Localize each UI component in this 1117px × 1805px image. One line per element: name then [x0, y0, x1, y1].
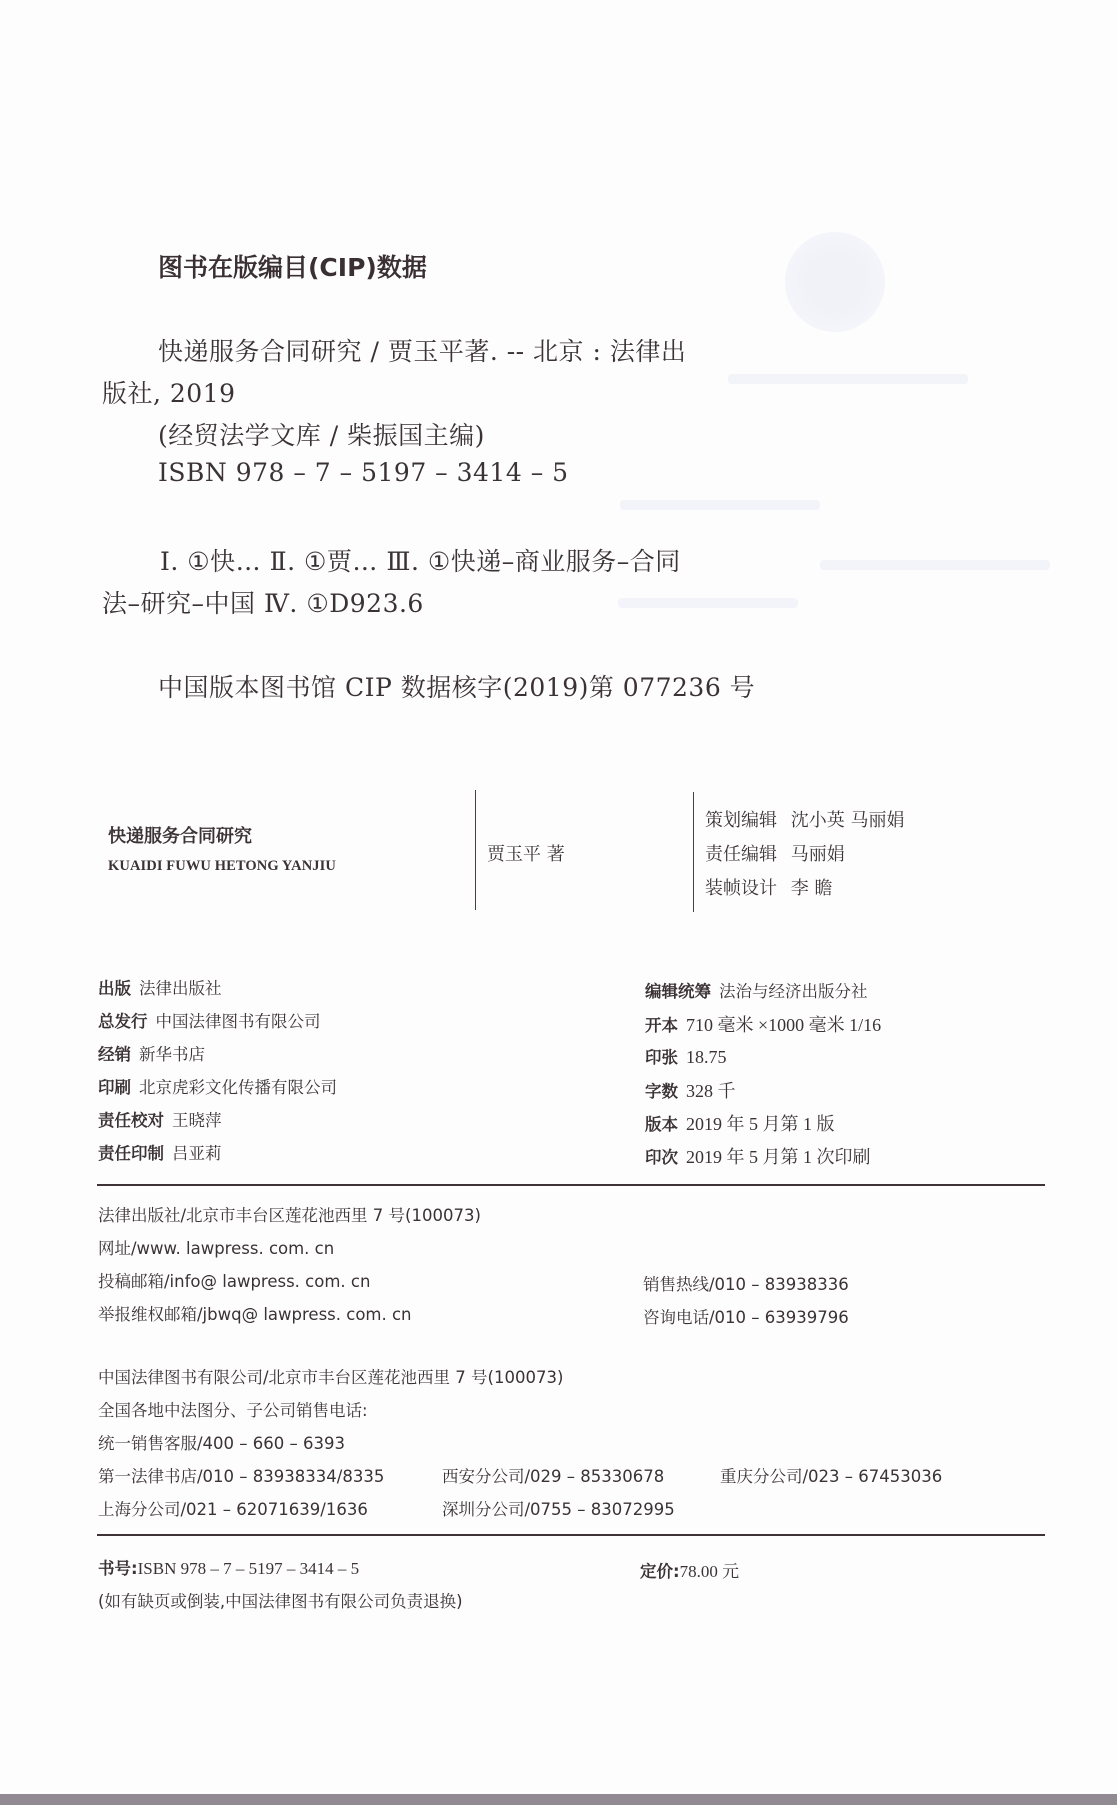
- return-notice: (如有缺页或倒装,中国法律图书有限公司负责退换): [98, 1588, 463, 1612]
- credit-label: 责任编辑: [705, 844, 777, 865]
- cip-series-line: (经贸法学文库 / 柴振国主编): [158, 416, 485, 452]
- bleed-through-text: [728, 374, 968, 384]
- publisher-address: 法律出版社/北京市丰台区莲花池西里 7 号(100073): [98, 1202, 481, 1226]
- credit-planning-editor: 策划编辑 沈小英 马丽娟: [705, 806, 904, 832]
- book-title-chinese: 快递服务合同研究: [108, 822, 252, 848]
- book-title-pinyin: KUAIDI FUWU HETONG YANJIU: [108, 858, 336, 875]
- branch-phone: 西安分公司/029 – 85330678: [442, 1463, 664, 1487]
- info-general-distributor: 总发行中国法律图书有限公司: [98, 1008, 321, 1032]
- credit-value: 马丽娟: [791, 844, 845, 865]
- info-printer: 印刷北京虎彩文化传播有限公司: [98, 1074, 337, 1098]
- bleed-through-text: [820, 560, 1050, 570]
- book-number: 书号:ISBN 978 – 7 – 5197 – 3414 – 5: [98, 1555, 359, 1579]
- branch-phone: 第一法律书店/010 – 83938334/8335: [98, 1463, 384, 1487]
- branches-heading: 全国各地中法图分、子公司销售电话:: [98, 1397, 368, 1421]
- report-email[interactable]: 举报维权邮箱/jbwq@ lawpress. com. cn: [98, 1301, 412, 1325]
- cip-heading: 图书在版编目(CIP)数据: [158, 248, 427, 284]
- bleed-through-text: [618, 598, 798, 608]
- cip-classification-line: Ⅰ. ①快… Ⅱ. ①贾… Ⅲ. ①快递–商业服务–合同: [160, 542, 681, 578]
- branch-phone: 深圳分公司/0755 – 83072995: [442, 1496, 675, 1520]
- cip-classification-line-2: 法–研究–中国 Ⅳ. ①D923.6: [102, 584, 424, 620]
- credit-value: 沈小英 马丽娟: [791, 810, 905, 831]
- cip-title-line: 快递服务合同研究 / 贾玉平著. -- 北京 : 法律出: [158, 332, 686, 368]
- info-proofreader: 责任校对王晓萍: [98, 1107, 222, 1131]
- horizontal-rule: [97, 1184, 1045, 1186]
- credit-responsible-editor: 责任编辑 马丽娟: [705, 840, 845, 866]
- publisher-website[interactable]: 网址/www. lawpress. com. cn: [98, 1235, 334, 1259]
- info-format: 开本710 毫米 ×1000 毫米 1/16: [645, 1011, 881, 1037]
- branch-phone: 重庆分公司/023 – 67453036: [720, 1463, 942, 1487]
- credit-value: 李 瞻: [791, 878, 833, 899]
- info-edition: 版本2019 年 5 月第 1 版: [645, 1110, 835, 1136]
- distributor-address: 中国法律图书有限公司/北京市丰台区莲花池西里 7 号(100073): [98, 1364, 563, 1388]
- bleed-through-text: [620, 500, 820, 510]
- credit-binding-design: 装帧设计 李 瞻: [705, 874, 832, 900]
- cip-verification-line: 中国版本图书馆 CIP 数据核字(2019)第 077236 号: [158, 668, 755, 704]
- info-retailer: 经销新华书店: [98, 1041, 205, 1065]
- branch-phone: 上海分公司/021 – 62071639/1636: [98, 1496, 368, 1520]
- author: 贾玉平 著: [487, 840, 565, 866]
- submission-email[interactable]: 投稿邮箱/info@ lawpress. com. cn: [98, 1268, 370, 1292]
- customer-service-phone: 统一销售客服/400 – 660 – 6393: [98, 1430, 345, 1454]
- credit-label: 策划编辑: [705, 810, 777, 831]
- info-printed-sheets: 印张18.75: [645, 1044, 727, 1068]
- inquiry-phone: 咨询电话/010 – 63939796: [643, 1304, 849, 1328]
- info-word-count: 字数328 千: [645, 1077, 736, 1103]
- info-editorial-coordination: 编辑统筹法治与经济出版分社: [645, 978, 868, 1002]
- price: 定价:78.00 元: [640, 1557, 739, 1582]
- info-publisher: 出版法律出版社: [98, 975, 222, 999]
- cip-isbn-line: ISBN 978 – 7 – 5197 – 3414 – 5: [158, 458, 569, 487]
- credit-label: 装帧设计: [705, 878, 777, 899]
- cip-publisher-line: 版社, 2019: [102, 374, 236, 410]
- divider-vertical: [475, 790, 476, 910]
- bleed-through-stamp: [785, 232, 885, 332]
- divider-vertical: [693, 792, 694, 912]
- info-printing: 印次2019 年 5 月第 1 次印刷: [645, 1143, 871, 1169]
- scan-edge-band: [0, 1794, 1117, 1805]
- horizontal-rule: [97, 1534, 1045, 1536]
- sales-hotline: 销售热线/010 – 83938336: [643, 1271, 849, 1295]
- info-print-supervisor: 责任印制吕亚莉: [98, 1140, 222, 1164]
